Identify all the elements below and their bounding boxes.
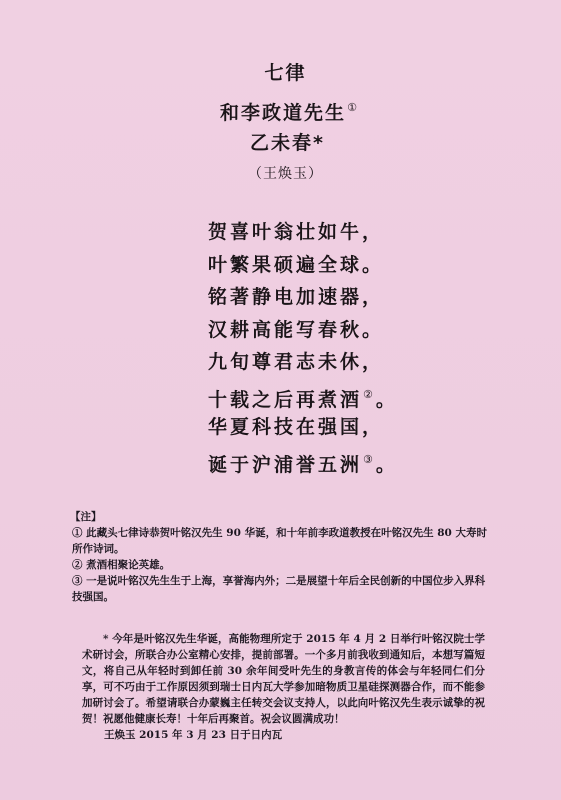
poem-line-punct: 。 bbox=[376, 389, 398, 411]
poem-line-text: 华夏科技在强国， bbox=[208, 416, 384, 438]
poem-line: 九旬尊君志未休， bbox=[208, 346, 398, 379]
note-item: ① 此藏头七律诗恭贺叶铭汉先生 90 华诞，和十年前李政道教授在叶铭汉先生 80… bbox=[72, 525, 492, 557]
poem-line-text: 诞于沪浦誉五洲 bbox=[208, 454, 362, 476]
poem-line: 华夏科技在强国， bbox=[208, 411, 398, 444]
document-page: 七律 和李政道先生① 乙未春* （王焕玉） 贺喜叶翁壮如牛， 叶繁果硕遍全球。 … bbox=[0, 0, 561, 800]
note-item: ② 煮酒相聚论英雄。 bbox=[72, 557, 492, 573]
poem-line-text: 九旬尊君志未休， bbox=[208, 351, 384, 373]
poem-title-block: 七律 和李政道先生① 乙未春* （王焕玉） bbox=[0, 58, 561, 183]
signature-line: 王焕玉 2015 年 3 月 23 日于日内瓦 bbox=[104, 727, 485, 743]
poem-line: 贺喜叶翁壮如牛， bbox=[208, 216, 398, 249]
poem-author: （王焕玉） bbox=[10, 163, 561, 183]
subject-text: 和李政道先生 bbox=[220, 102, 346, 124]
poem-line-punct: 。 bbox=[376, 454, 398, 476]
poem-line: 铭著静电加速器， bbox=[208, 281, 398, 314]
poem-line-text: 贺喜叶翁壮如牛， bbox=[208, 221, 384, 243]
poem-line-text: 叶繁果硕遍全球。 bbox=[208, 254, 384, 276]
poem-line: 诞于沪浦誉五洲③。 bbox=[208, 444, 398, 477]
notes-section: 【注】 ① 此藏头七律诗恭贺叶铭汉先生 90 华诞，和十年前李政道教授在叶铭汉先… bbox=[72, 509, 492, 605]
footnote-marker: ③ bbox=[363, 453, 376, 466]
poem-body: 贺喜叶翁壮如牛， 叶繁果硕遍全球。 铭著静电加速器， 汉耕高能写春秋。 九旬尊君… bbox=[208, 216, 398, 476]
note-item: ③ 一是说叶铭汉先生生于上海，享誉海内外；二是展望十年后全民创新的中国位步入界科… bbox=[72, 573, 492, 605]
poem-form-title: 七律 bbox=[10, 58, 561, 88]
poem-subject-title: 和李政道先生① bbox=[18, 92, 561, 124]
poem-line-text: 十载之后再煮酒 bbox=[208, 389, 362, 411]
poem-line-text: 铭著静电加速器， bbox=[208, 286, 384, 308]
footnote-marker: ① bbox=[347, 101, 359, 114]
afterword-section: * 今年是叶铭汉先生华诞，高能物理所定于 2015 年 4 月 2 日举行叶铭汉… bbox=[82, 631, 485, 743]
footnote-marker: ② bbox=[363, 388, 376, 401]
notes-heading: 【注】 bbox=[70, 509, 492, 525]
poem-line: 叶繁果硕遍全球。 bbox=[208, 249, 398, 282]
poem-season-title: 乙未春* bbox=[14, 128, 561, 158]
poem-line: 十载之后再煮酒②。 bbox=[208, 379, 398, 412]
poem-line-text: 汉耕高能写春秋。 bbox=[208, 319, 384, 341]
poem-line: 汉耕高能写春秋。 bbox=[208, 314, 398, 347]
afterword-paragraph: * 今年是叶铭汉先生华诞，高能物理所定于 2015 年 4 月 2 日举行叶铭汉… bbox=[82, 631, 485, 727]
